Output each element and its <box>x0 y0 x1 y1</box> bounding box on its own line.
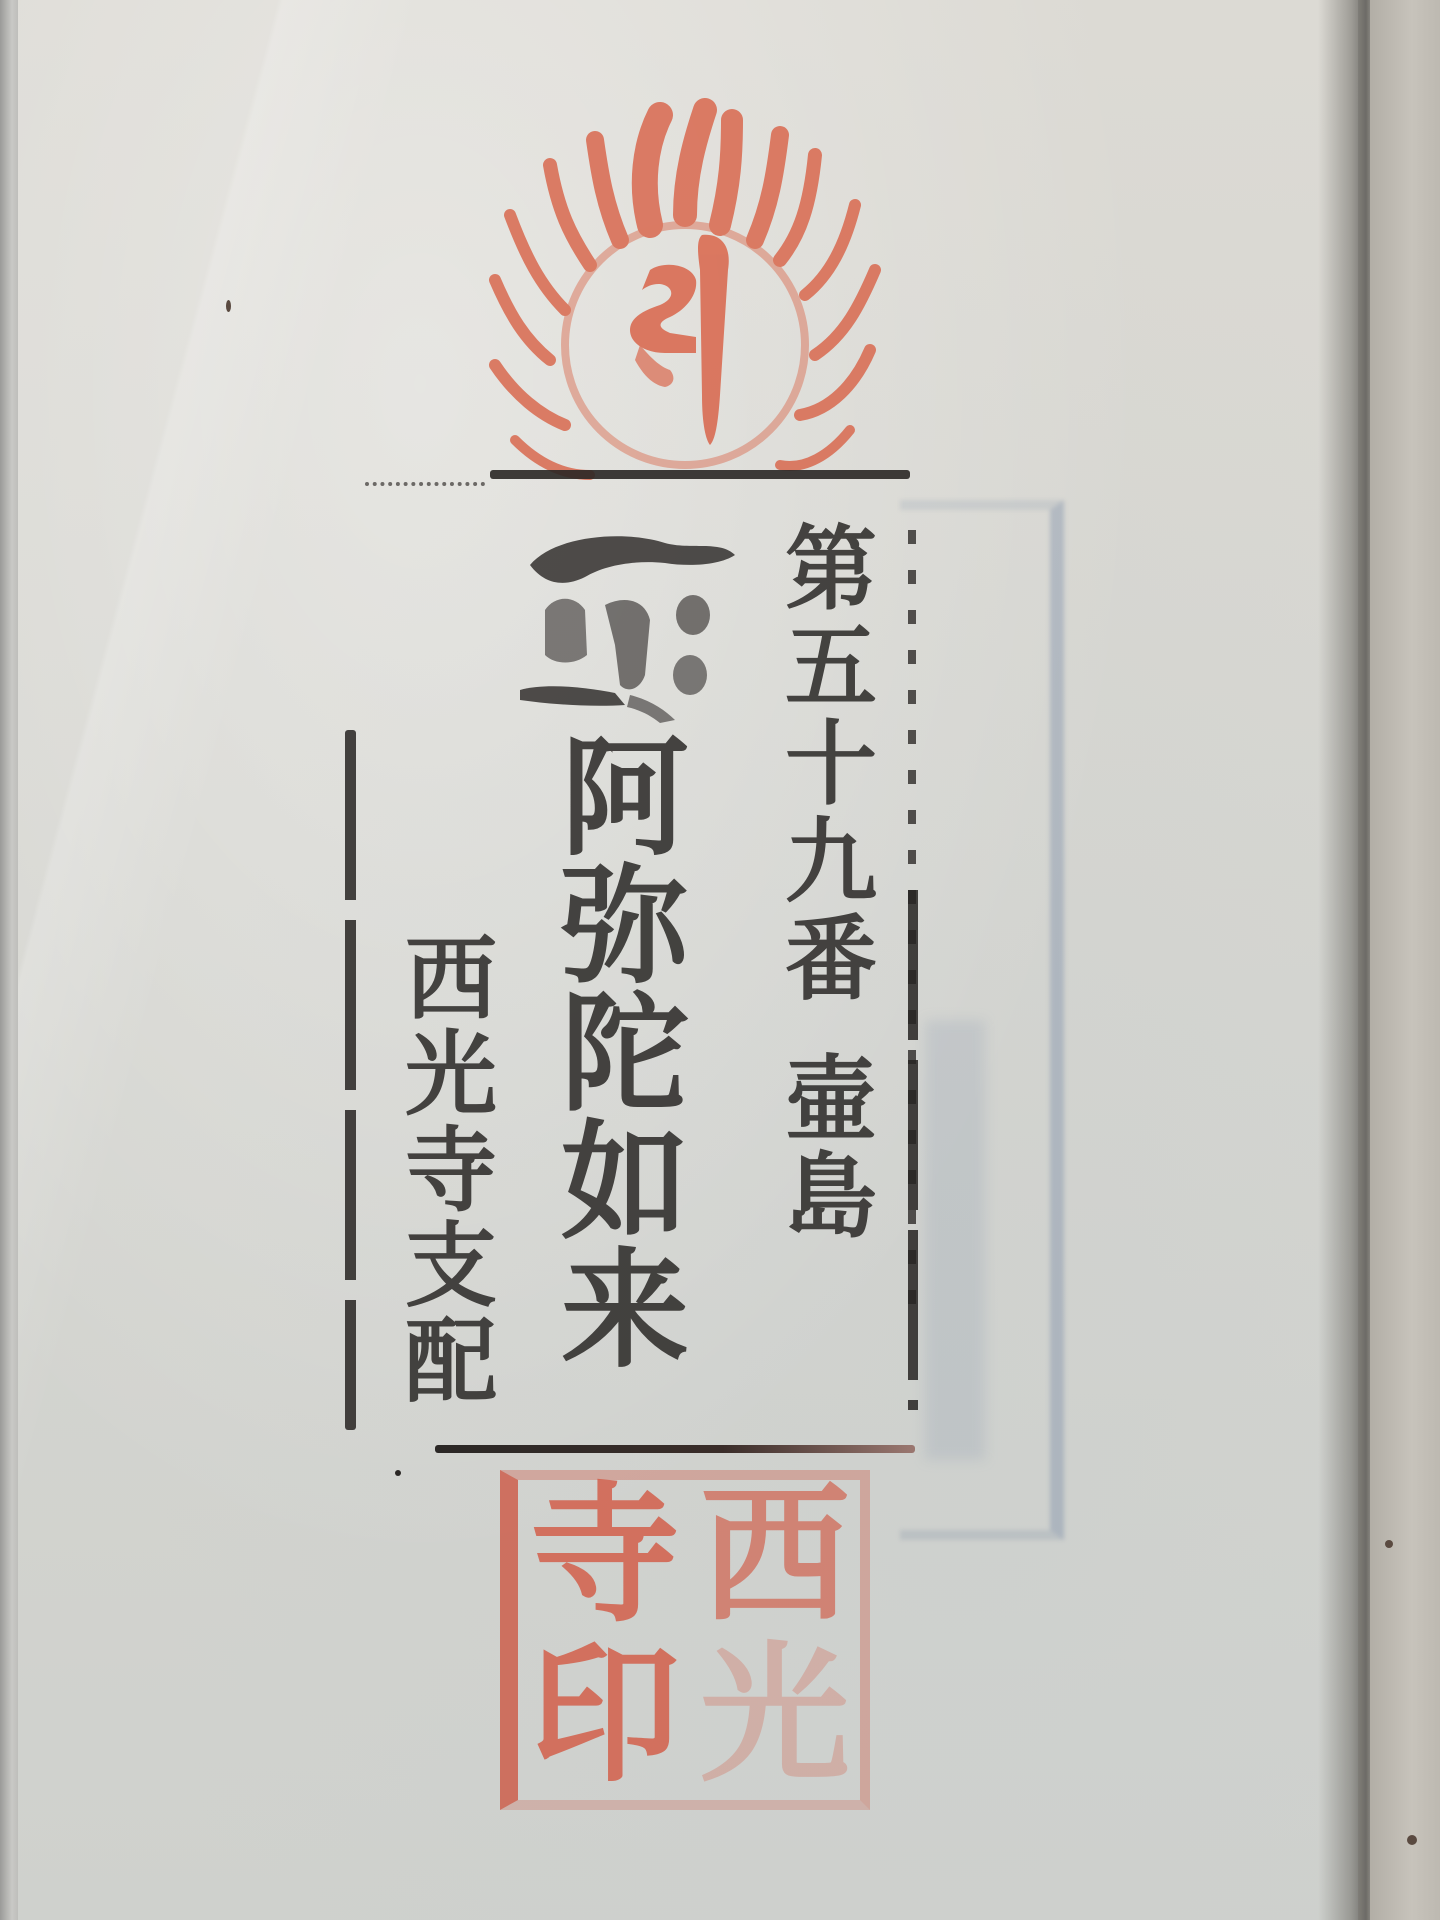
paper-blemish <box>1385 1540 1393 1548</box>
frame-left-rule <box>345 730 356 1430</box>
paper-blemish <box>1407 1835 1417 1845</box>
temple-number: 第五十九番 <box>778 520 870 1008</box>
frame-top-rule <box>490 470 910 479</box>
seal-char: 光 <box>700 1640 850 1790</box>
temple-name: 西光寺支配 <box>398 930 490 1408</box>
seal-char: 印 <box>530 1640 680 1790</box>
flame-halo-bija-icon <box>470 95 890 525</box>
black-bija-glyph <box>515 515 745 725</box>
siddham-hrih-icon <box>515 515 745 725</box>
seal-char: 西 <box>700 1480 850 1630</box>
frame-bottom-rule <box>435 1445 915 1453</box>
frame-top-broken-rule <box>365 482 485 492</box>
location-name: 壷島 <box>778 1050 870 1245</box>
frame-right-rule <box>908 890 918 1410</box>
seal-char: 寺 <box>530 1480 680 1630</box>
top-red-seal <box>470 95 890 525</box>
faded-blue-stamp-shade <box>925 1020 985 1460</box>
page-gutter-shadow <box>1318 0 1378 1920</box>
deity-name: 阿弥陀如来 <box>550 730 678 1370</box>
ink-speck <box>395 1470 401 1476</box>
next-page-edge <box>1370 0 1440 1920</box>
paper-blemish <box>226 300 231 312</box>
